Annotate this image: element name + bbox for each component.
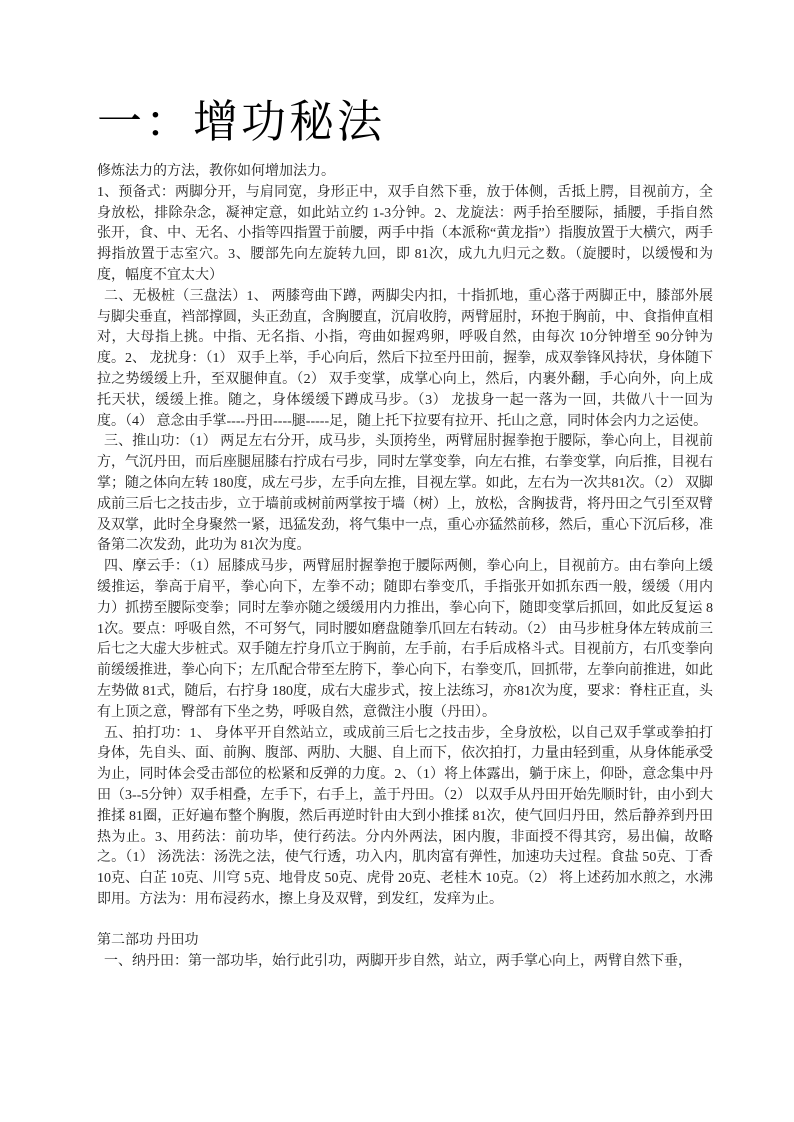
paragraph-na-dantian: 一、纳丹田：第一部功毕，始行此引功，两脚开步自然，站立，两手掌心向上，两臂自然下…: [97, 952, 713, 973]
document-subtitle: 修炼法力的方法，教你如何增加法力。: [97, 162, 713, 183]
document-content: 一：增功秘法 修炼法力的方法，教你如何增加法力。 1、预备式：两脚分开，与肩同宽…: [97, 96, 713, 973]
paragraph-moyun-shou: 四、摩云手：（1）屈膝成马步，两臂屈肘握拳抱于腰际两侧，拳心向上，目视前方。由右…: [97, 557, 713, 723]
paragraph-paida-gong: 五、拍打功：1、 身体平开自然站立，或成前三后七之技击步，全身放松，以自己双手掌…: [97, 724, 713, 911]
paragraph-wuji-zhuang: 二、无极桩（三盘法）1、 两膝弯曲下蹲，两脚尖内扣，十指抓地，重心落于两脚正中，…: [97, 287, 713, 433]
document-page: 一：增功秘法 修炼法力的方法，教你如何增加法力。 1、预备式：两脚分开，与肩同宽…: [0, 0, 794, 1122]
blank-line: [97, 911, 713, 932]
section-heading-part2: 第二部功 丹田功: [97, 931, 713, 952]
paragraph-tuishan-gong: 三、推山功：（1） 两足左右分开，成马步，头顶挎坐，两臂屈肘握拳抱于腰际，拳心向…: [97, 432, 713, 557]
document-title: 一：增功秘法: [97, 96, 713, 148]
paragraph-preparation: 1、预备式：两脚分开，与肩同宽，身形正中，双手自然下垂，放于体侧，舌抵上腭，目视…: [97, 183, 713, 287]
